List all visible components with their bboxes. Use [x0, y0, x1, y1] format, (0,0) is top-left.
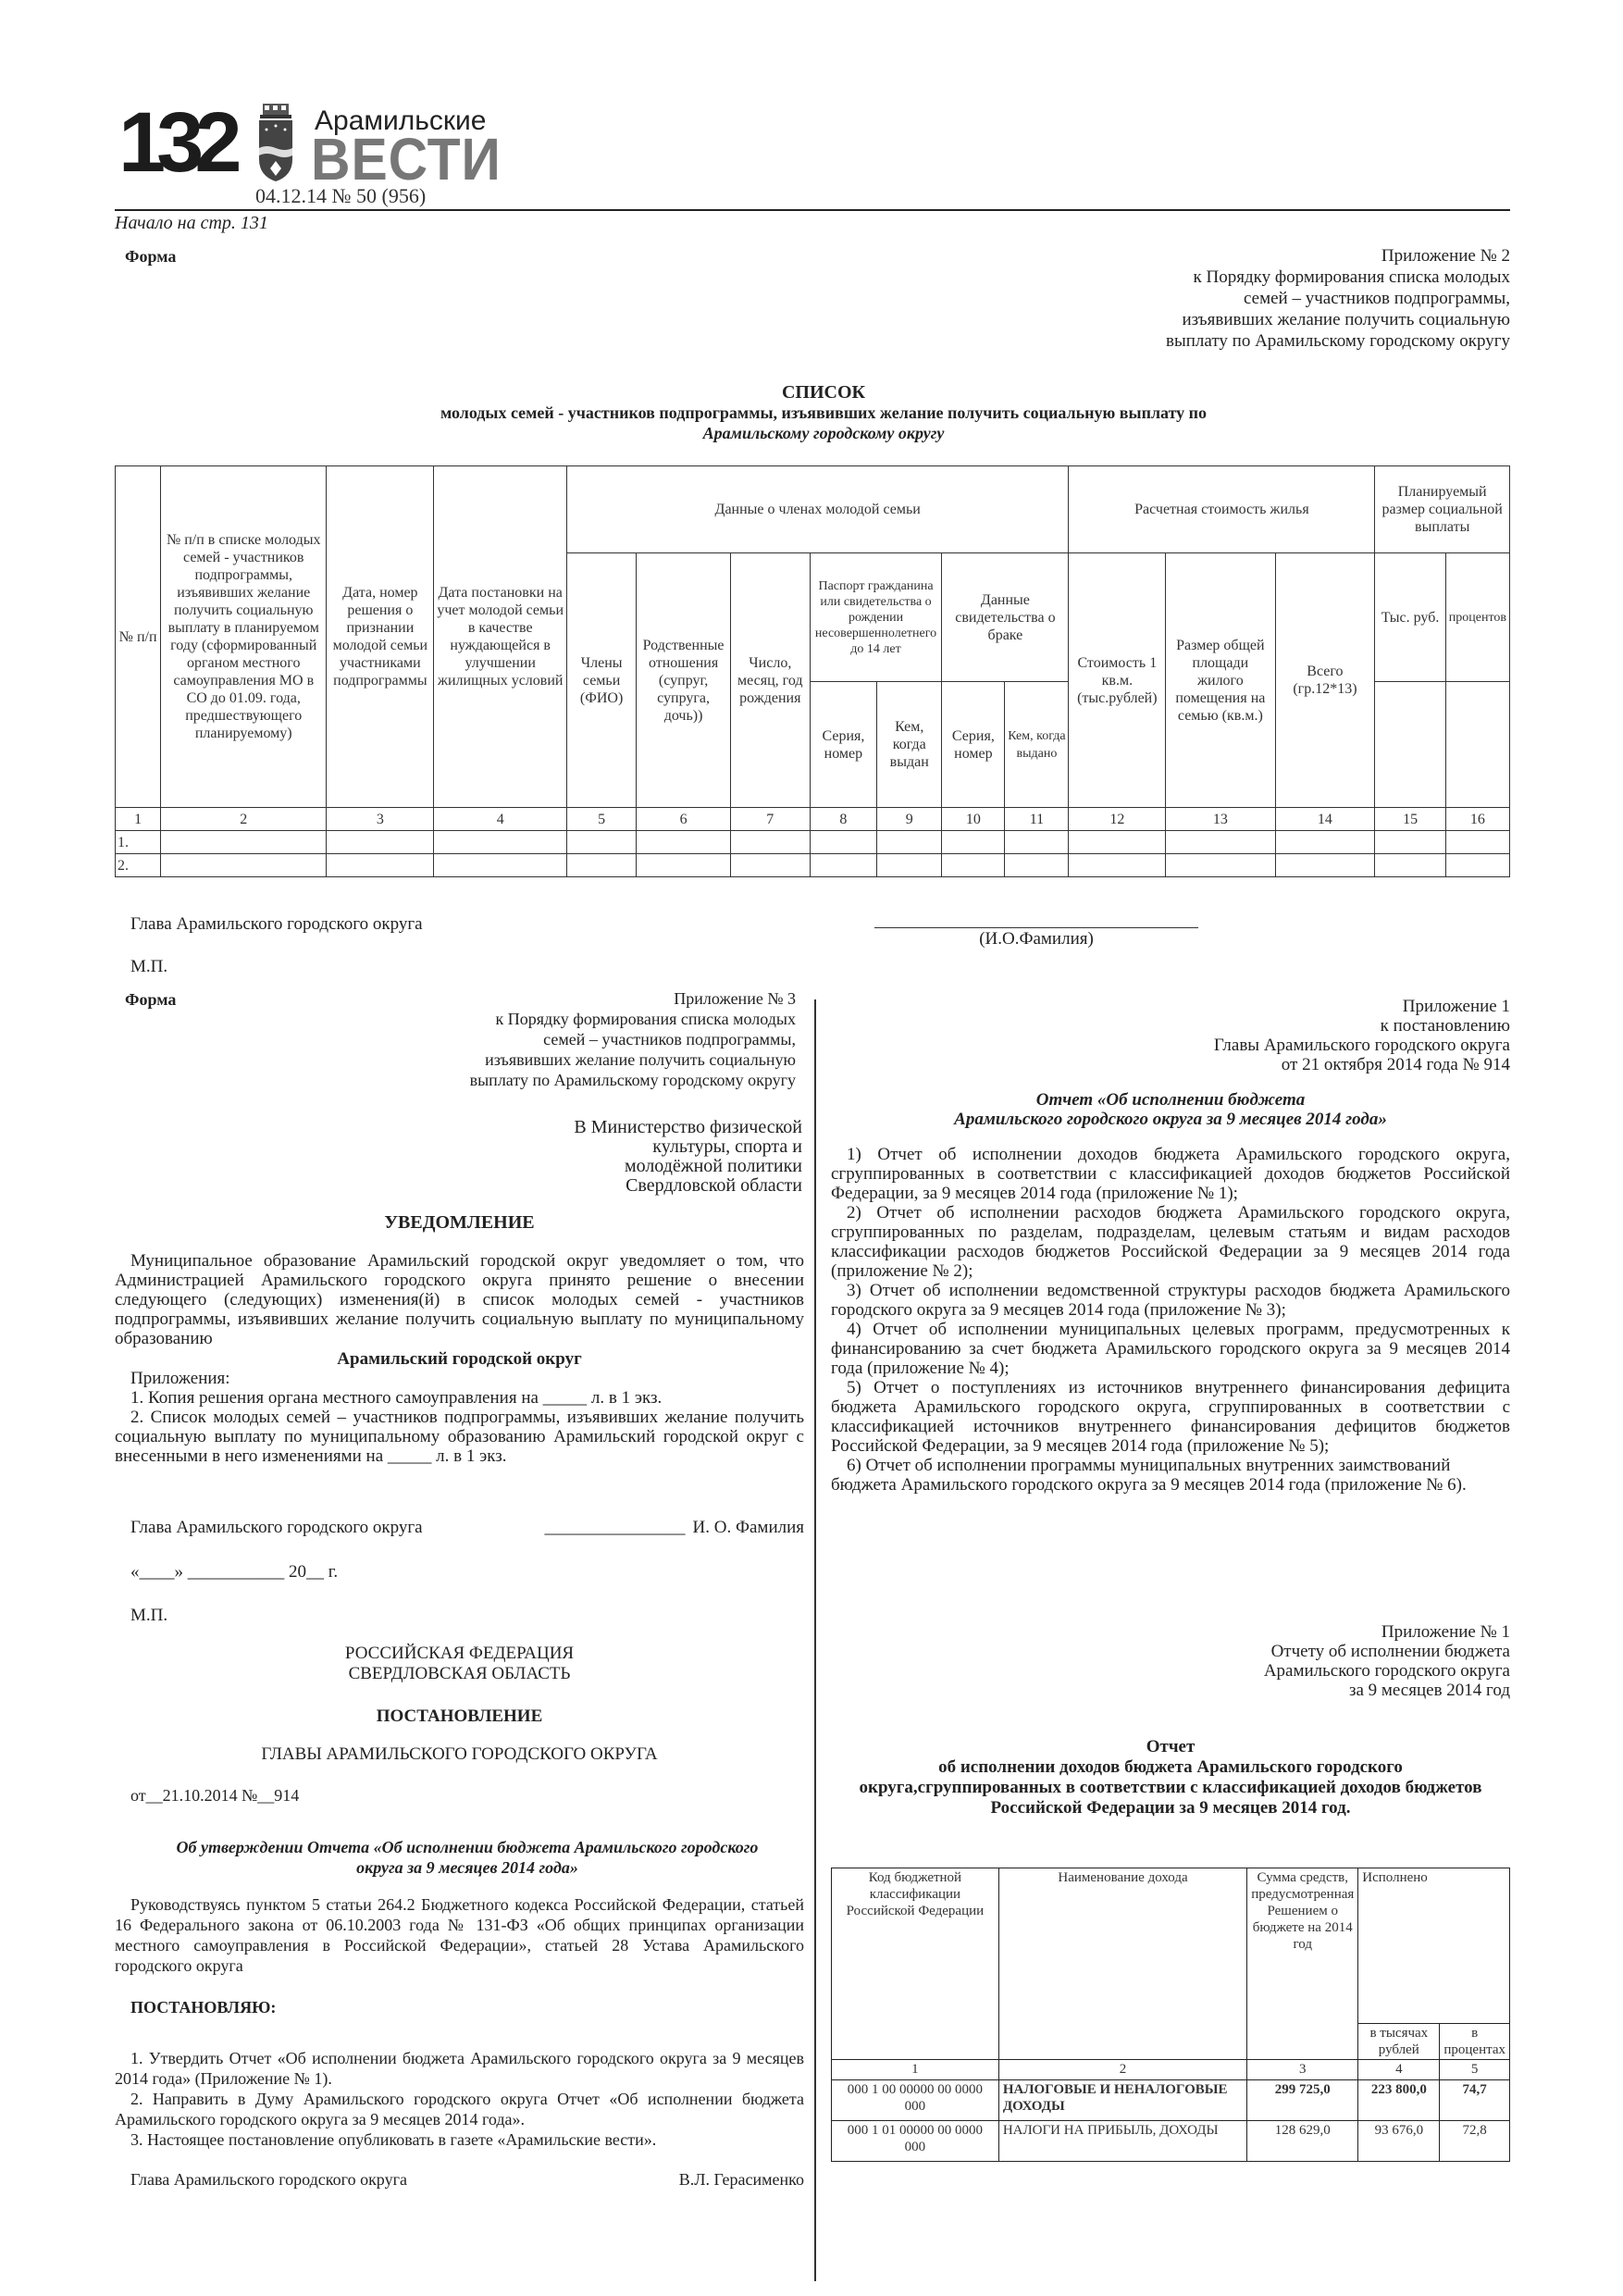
header-rule	[115, 209, 1510, 211]
header-list-no: № п/п в списке молодых семей - участнико…	[161, 466, 327, 808]
addressee-line: Свердловской области	[463, 1176, 802, 1196]
row-planned: 299 725,0	[1247, 2080, 1358, 2121]
appendix-line: Арамильского городского округа	[1064, 1661, 1510, 1681]
row-number: 2.	[116, 854, 161, 877]
appendix-line: семей – участников подпрограммы,	[1018, 288, 1510, 309]
resolution-issuer: ГЛАВЫ АРАМИЛЬСКОГО ГОРОДСКОГО ОКРУГА	[115, 1744, 804, 1765]
report-title: Отчет «Об исполнении бюджета Арамильског…	[831, 1090, 1510, 1129]
col-number: 1	[832, 2060, 999, 2080]
addressee-line: В Министерство физической	[463, 1118, 802, 1137]
col-number: 10	[942, 808, 1005, 831]
head-name: И. О. Фамилия	[693, 1518, 804, 1538]
row-code: 000 1 00 00000 00 0000 000	[832, 2080, 999, 2121]
report-item: 1) Отчет об исполнении доходов бюджета А…	[831, 1145, 1510, 1203]
header-members: Члены семьи (ФИО)	[566, 553, 636, 808]
header-thousand-rub: Тыс. руб.	[1375, 553, 1445, 682]
row-executed: 93 676,0	[1358, 2121, 1440, 2162]
report-item: 6) Отчет об исполнении программы муницип…	[831, 1456, 1510, 1495]
addressee: В Министерство физической культуры, спор…	[463, 1118, 802, 1196]
appendix3-header: Приложение № 3 к Порядку формирования сп…	[370, 988, 796, 1090]
page-number: 132	[118, 100, 233, 185]
header-relation: Родственные отношения (супруг, супруга, …	[637, 553, 731, 808]
resolution-signature: Глава Арамильского городского округа В.Л…	[130, 2170, 804, 2190]
resolution-title: ПОСТАНОВЛЕНИЕ	[115, 1706, 804, 1727]
list-subtitle: молодых семей - участников подпрограммы,…	[278, 403, 1369, 423]
col-number: 1	[116, 808, 161, 831]
appendix-line: Отчету об исполнении бюджета	[1064, 1642, 1510, 1661]
resolution-item: 3. Настоящее постановление опубликовать …	[115, 2129, 804, 2150]
income-report-title: Отчет об исполнении доходов бюджета Арам…	[851, 1737, 1490, 1818]
income-table: Код бюджетной классификации Российской Ф…	[831, 1868, 1510, 2162]
appendix-line: Приложение 1	[1064, 997, 1510, 1016]
signature-blank: ________________	[545, 1518, 686, 1538]
report-title-line: Отчет «Об исполнении бюджета	[831, 1090, 1510, 1110]
notice-municipality: Арамильский городской округ	[115, 1349, 804, 1370]
col-number: 13	[1166, 808, 1275, 831]
head-name: В.Л. Герасименко	[679, 2170, 804, 2190]
header-thousand-rub: в тысячах рублей	[1358, 2024, 1440, 2060]
stamp-place: М.П.	[130, 1606, 167, 1626]
coat-of-arms-icon	[257, 104, 294, 183]
table-row: 2.	[116, 854, 1510, 877]
appendix-line: за 9 месяцев 2014 год	[1064, 1681, 1510, 1700]
notice-date-line: «____» ___________ 20__ г.	[130, 1562, 338, 1582]
region: СВЕРДЛОВСКАЯ ОБЛАСТЬ	[115, 1664, 804, 1684]
header-percent: процентов	[1445, 553, 1509, 682]
col-number: 3	[1247, 2060, 1358, 2080]
report-item: 4) Отчет об исполнении муниципальных цел…	[831, 1320, 1510, 1378]
resolution-item: 1. Утвердить Отчет «Об исполнении бюджет…	[115, 2048, 804, 2089]
col-number: 11	[1005, 808, 1069, 831]
resolution-item: 2. Направить в Думу Арамильского городск…	[115, 2089, 804, 2129]
attachment-item: 2. Список молодых семей – участников под…	[115, 1408, 804, 1466]
report-title-line: Арамильского городского округа за 9 меся…	[831, 1110, 1510, 1129]
income-report-heading: Отчет	[851, 1737, 1490, 1757]
header-series-2: Серия, номер	[942, 682, 1005, 808]
header-percent: в процентах	[1440, 2024, 1510, 2060]
header-executed-label: Исполнено	[1362, 1869, 1418, 1886]
notice-signature: Глава Арамильского городского округа ___…	[130, 1518, 804, 1538]
col-number: 2	[998, 2060, 1246, 2080]
header-issued-1: Кем, когда выдан	[877, 682, 942, 808]
header-income-name: Наименование дохода	[998, 1868, 1246, 2060]
header-empty	[1375, 682, 1445, 808]
form-label: Форма	[125, 247, 176, 267]
appendix-line: к Порядку формирования списка молодых	[1018, 267, 1510, 288]
column-numbers-row: 1 2 3 4 5	[832, 2060, 1510, 2080]
notice-body: Муниципальное образование Арамильский го…	[115, 1251, 804, 1348]
continued-from: Начало на стр. 131	[115, 213, 268, 234]
name-hint: (И.О.Фамилия)	[874, 929, 1198, 949]
signature-line	[874, 927, 1198, 928]
col-number: 12	[1069, 808, 1166, 831]
table-row: 000 1 01 00000 00 0000 000 НАЛОГИ НА ПРИ…	[832, 2121, 1510, 2162]
appendix2-header: Приложение № 2 к Порядку формирования сп…	[1018, 245, 1510, 352]
row-percent: 74,7	[1440, 2080, 1510, 2121]
appendix-line: выплату по Арамильскому городскому округ…	[370, 1070, 796, 1090]
col-number: 5	[566, 808, 636, 831]
header-planned-payment: Планируемый размер социальной выплаты	[1375, 466, 1510, 553]
column-divider	[814, 999, 816, 2281]
head-title: Глава Арамильского городского округа	[130, 914, 423, 935]
header-housing-cost: Расчетная стоимость жилья	[1069, 466, 1375, 553]
country: РОССИЙСКАЯ ФЕДЕРАЦИЯ	[115, 1644, 804, 1664]
row-name: НАЛОГИ НА ПРИБЫЛЬ, ДОХОДЫ	[998, 2121, 1246, 2162]
resolution-date-number: от__21.10.2014 №__914	[130, 1786, 299, 1806]
addressee-line: культуры, спорта и	[463, 1137, 802, 1157]
header-executed: Исполнено	[1358, 1868, 1510, 2024]
notice-attachments: Приложения: 1. Копия решения органа мест…	[115, 1369, 804, 1466]
header-empty	[1445, 682, 1509, 808]
col-number: 14	[1275, 808, 1375, 831]
resolution-header: РОССИЙСКАЯ ФЕДЕРАЦИЯ СВЕРДЛОВСКАЯ ОБЛАСТ…	[115, 1644, 804, 1684]
resolution-decree: ПОСТАНОВЛЯЮ:	[130, 1998, 276, 2017]
appendix-line: Приложение № 1	[1064, 1622, 1510, 1642]
header-issued-2: Кем, когда выдано	[1005, 682, 1069, 808]
header-area: Размер общей площади жилого помещения на…	[1166, 553, 1275, 808]
appendix-line: к Порядку формирования списка молодых	[370, 1009, 796, 1029]
row-planned: 128 629,0	[1247, 2121, 1358, 2162]
row-executed: 223 800,0	[1358, 2080, 1440, 2121]
col-number: 16	[1445, 808, 1509, 831]
header-registration: Дата постановки на учет молодой семьи в …	[434, 466, 566, 808]
resolution-items: 1. Утвердить Отчет «Об исполнении бюджет…	[115, 2048, 804, 2150]
attachments-label: Приложения:	[115, 1369, 804, 1388]
form-label-2: Форма	[125, 990, 176, 1010]
col-number: 4	[434, 808, 566, 831]
header-marriage: Данные свидетельства о браке	[942, 553, 1069, 682]
addressee-line: молодёжной политики	[463, 1157, 802, 1176]
list-title-block: СПИСОК молодых семей - участников подпро…	[278, 382, 1369, 443]
resolution-subject: Об утверждении Отчета «Об исполнении бюд…	[167, 1837, 768, 1878]
row-percent: 72,8	[1440, 2121, 1510, 2162]
header-planned-sum: Сумма средств, предусмотренная Решением …	[1247, 1868, 1358, 2060]
appendix-line: изъявивших желание получить социальную	[370, 1049, 796, 1070]
resolution-preamble: Руководствуясь пунктом 5 статьи 264.2 Бю…	[115, 1894, 804, 1976]
list-title: СПИСОК	[278, 382, 1369, 403]
row-code: 000 1 01 00000 00 0000 000	[832, 2121, 999, 2162]
appendix-report1-header: Приложение № 1 Отчету об исполнении бюдж…	[1064, 1622, 1510, 1700]
attachment-item: 1. Копия решения органа местного самоупр…	[115, 1388, 804, 1408]
head-title: Глава Арамильского городского округа	[130, 2170, 407, 2190]
header-passport: Паспорт гражданина или свидетельства о р…	[810, 553, 942, 682]
income-report-subheading: об исполнении доходов бюджета Арамильско…	[851, 1757, 1490, 1818]
appendix1-header: Приложение 1 к постановлению Главы Арами…	[1064, 997, 1510, 1074]
appendix-line: Приложение № 3	[370, 988, 796, 1009]
row-number: 1.	[116, 831, 161, 854]
col-number: 3	[327, 808, 434, 831]
header-code: Код бюджетной классификации Российской Ф…	[832, 1868, 999, 2060]
appendix-line: семей – участников подпрограммы,	[370, 1029, 796, 1049]
header-total: Всего (гр.12*13)	[1275, 553, 1375, 808]
appendix-line: выплату по Арамильскому городскому округ…	[1018, 330, 1510, 352]
column-numbers-row: 1 2 3 4 5 6 7 8 9 10 11 12 13 14 15 16	[116, 808, 1510, 831]
header-cost-sqm: Стоимость 1 кв.м. (тыс.рублей)	[1069, 553, 1166, 808]
stamp-place: М.П.	[130, 957, 167, 977]
head-title: Глава Арамильского городского округа	[130, 1518, 423, 1538]
appendix-line: Приложение № 2	[1018, 245, 1510, 267]
col-number: 7	[730, 808, 810, 831]
report-item: 3) Отчет об исполнении ведомственной стр…	[831, 1281, 1510, 1320]
appendix-line: к постановлению	[1064, 1016, 1510, 1036]
newspaper-name-main: ВЕСТИ	[311, 131, 502, 187]
header-no: № п/п	[116, 466, 161, 808]
young-families-table: № п/п № п/п в списке молодых семей - уча…	[115, 465, 1510, 877]
col-number: 2	[161, 808, 327, 831]
col-number: 9	[877, 808, 942, 831]
list-subtitle-2: Арамильскому городскому округу	[278, 423, 1369, 443]
report-item: 2) Отчет об исполнении расходов бюджета …	[831, 1203, 1510, 1281]
notice-title: УВЕДОМЛЕНИЕ	[115, 1212, 804, 1234]
header-family-data: Данные о членах молодой семьи	[566, 466, 1069, 553]
report-items: 1) Отчет об исполнении доходов бюджета А…	[831, 1145, 1510, 1495]
col-number: 4	[1358, 2060, 1440, 2080]
report-item: 5) Отчет о поступлениях из источников вн…	[831, 1378, 1510, 1456]
col-number: 15	[1375, 808, 1445, 831]
row-name: НАЛОГОВЫЕ И НЕНАЛОГОВЫЕ ДОХОДЫ	[998, 2080, 1246, 2121]
header-decision: Дата, номер решения о признании молодой …	[327, 466, 434, 808]
table-row: 1.	[116, 831, 1510, 854]
col-number: 5	[1440, 2060, 1510, 2080]
col-number: 6	[637, 808, 731, 831]
issue-info: 04.12.14 № 50 (956)	[255, 184, 426, 208]
appendix-line: Главы Арамильского городского округа	[1064, 1036, 1510, 1055]
appendix-line: от 21 октября 2014 года № 914	[1064, 1055, 1510, 1074]
appendix-line: изъявивших желание получить социальную	[1018, 309, 1510, 330]
header-series-1: Серия, номер	[810, 682, 876, 808]
col-number: 8	[810, 808, 876, 831]
header-birth: Число, месяц, год рождения	[730, 553, 810, 808]
table-row: 000 1 00 00000 00 0000 000 НАЛОГОВЫЕ И Н…	[832, 2080, 1510, 2121]
